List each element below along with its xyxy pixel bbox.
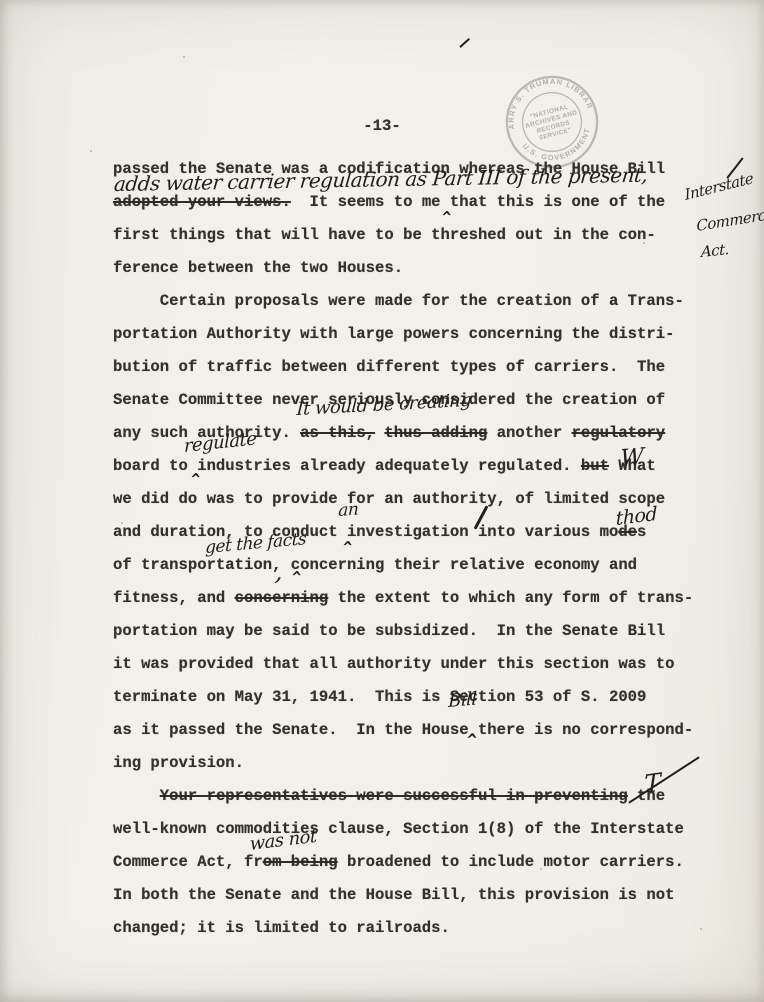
typed-segment: Commerce Act, fr — [113, 853, 263, 871]
typed-segment: of transportation, concerning their rela… — [113, 556, 637, 574]
typed-segment: ference between the two Houses. — [113, 259, 403, 277]
typed-segment: s — [637, 523, 646, 541]
typed-line: and duration, to conduct investigation i… — [113, 516, 693, 549]
struck-text: om being — [263, 853, 338, 871]
typed-segment: any such authority. — [113, 424, 291, 442]
typed-segment: ing provision. — [113, 754, 244, 772]
typed-segment: changed; it is limited to railroads. — [113, 919, 450, 937]
typed-line: passed the Senate was a codification whe… — [113, 153, 693, 186]
typed-line: fitness, and concerning the extent to wh… — [113, 582, 693, 615]
typed-line: terminate on May 31, 1941. This is Secti… — [113, 681, 693, 714]
struck-text: adopted your views. — [113, 193, 291, 211]
typed-line: first things that will have to be thresh… — [113, 219, 693, 252]
typed-segment: another — [487, 424, 571, 442]
typed-segment: board to industries already adequately r… — [113, 457, 572, 475]
flourish-present-tail — [726, 157, 744, 179]
margin-commerce: Commerce — [696, 205, 764, 235]
struck-text: but — [581, 457, 609, 475]
margin-act: Act. — [701, 240, 729, 261]
typed-segment: Certain proposals were made for the crea… — [113, 292, 684, 310]
typed-line: bution of traffic between different type… — [113, 351, 693, 384]
typed-segment: we did do was to provide for an authorit… — [113, 490, 665, 508]
typed-segment: passed the Senate was a codification whe… — [113, 160, 665, 178]
typed-line: Senate Committee never seriously conside… — [113, 384, 693, 417]
typed-segment: as it passed the Senate. In the House th… — [113, 721, 693, 739]
typed-segment: it was provided that all authority under… — [113, 655, 674, 673]
typed-line: well-known commodities clause, Section 1… — [113, 813, 693, 846]
typed-line: Certain proposals were made for the crea… — [113, 285, 693, 318]
paper-speck — [183, 56, 185, 58]
typed-segment — [291, 424, 300, 442]
typed-segment: Senate Committee never seriously conside… — [113, 391, 665, 409]
typed-segment — [572, 457, 581, 475]
typed-line: In both the Senate and the House Bill, t… — [113, 879, 693, 912]
document-page: -13- HARRY S. TRUMAN LIBRARY U.S. GOVERN… — [0, 0, 764, 1002]
typed-line: ference between the two Houses. — [113, 252, 693, 285]
typed-segment: terminate on May 31, 1941. This is Secti… — [113, 688, 646, 706]
typed-line: we did do was to provide for an authorit… — [113, 483, 693, 516]
typed-segment: In both the Senate and the House Bill, t… — [113, 886, 674, 904]
typed-segment: It seems to me that this is one of the — [291, 193, 665, 211]
typed-segment: and duration, to conduct investigation i… — [113, 523, 618, 541]
struck-text: concerning — [235, 589, 329, 607]
struck-text: thus adding — [384, 424, 487, 442]
margin-interstate: Interstate — [683, 169, 754, 204]
typed-line: board to industries already adequately r… — [113, 450, 693, 483]
typed-line: portation Authority with large powers co… — [113, 318, 693, 351]
typed-segment: bution of traffic between different type… — [113, 358, 665, 376]
typed-segment: the — [628, 787, 665, 805]
typed-line: adopted your views. It seems to me that … — [113, 186, 693, 219]
typed-line: Your representatives were successful in … — [113, 780, 693, 813]
typed-segment: fitness, and — [113, 589, 235, 607]
typed-line: changed; it is limited to railroads. — [113, 912, 693, 945]
typed-segment: portation Authority with large powers co… — [113, 325, 674, 343]
typed-line: ing provision. — [113, 747, 693, 780]
typed-segment: well-known commodities clause, Section 1… — [113, 820, 684, 838]
typed-segment: portation may be said to be subsidized. … — [113, 622, 665, 640]
typed-line: Commerce Act, from being broadened to in… — [113, 846, 693, 879]
typed-segment: the extent to which any form of trans- — [328, 589, 693, 607]
typed-segment — [375, 424, 384, 442]
small-tick-top — [459, 38, 470, 48]
typed-line: any such authority. as this, thus adding… — [113, 417, 693, 450]
struck-text: as this, — [300, 424, 375, 442]
struck-text: Your representatives were successful in … — [160, 787, 628, 805]
typed-segment: first things that will have to be thresh… — [113, 226, 656, 244]
typed-line: as it passed the Senate. In the House th… — [113, 714, 693, 747]
struck-text: de — [618, 523, 637, 541]
struck-text: regulatory — [572, 424, 666, 442]
typed-segment — [113, 787, 160, 805]
typed-segment: broadened to include motor carriers. — [338, 853, 684, 871]
paper-speck — [700, 928, 702, 930]
typed-line: it was provided that all authority under… — [113, 648, 693, 681]
paper-speck — [90, 150, 92, 152]
page-number: -13- — [0, 117, 764, 135]
typed-line: of transportation, concerning their rela… — [113, 549, 693, 582]
typed-line: portation may be said to be subsidized. … — [113, 615, 693, 648]
typed-segment: What — [609, 457, 656, 475]
typed-text: passed the Senate was a codification whe… — [113, 153, 693, 945]
